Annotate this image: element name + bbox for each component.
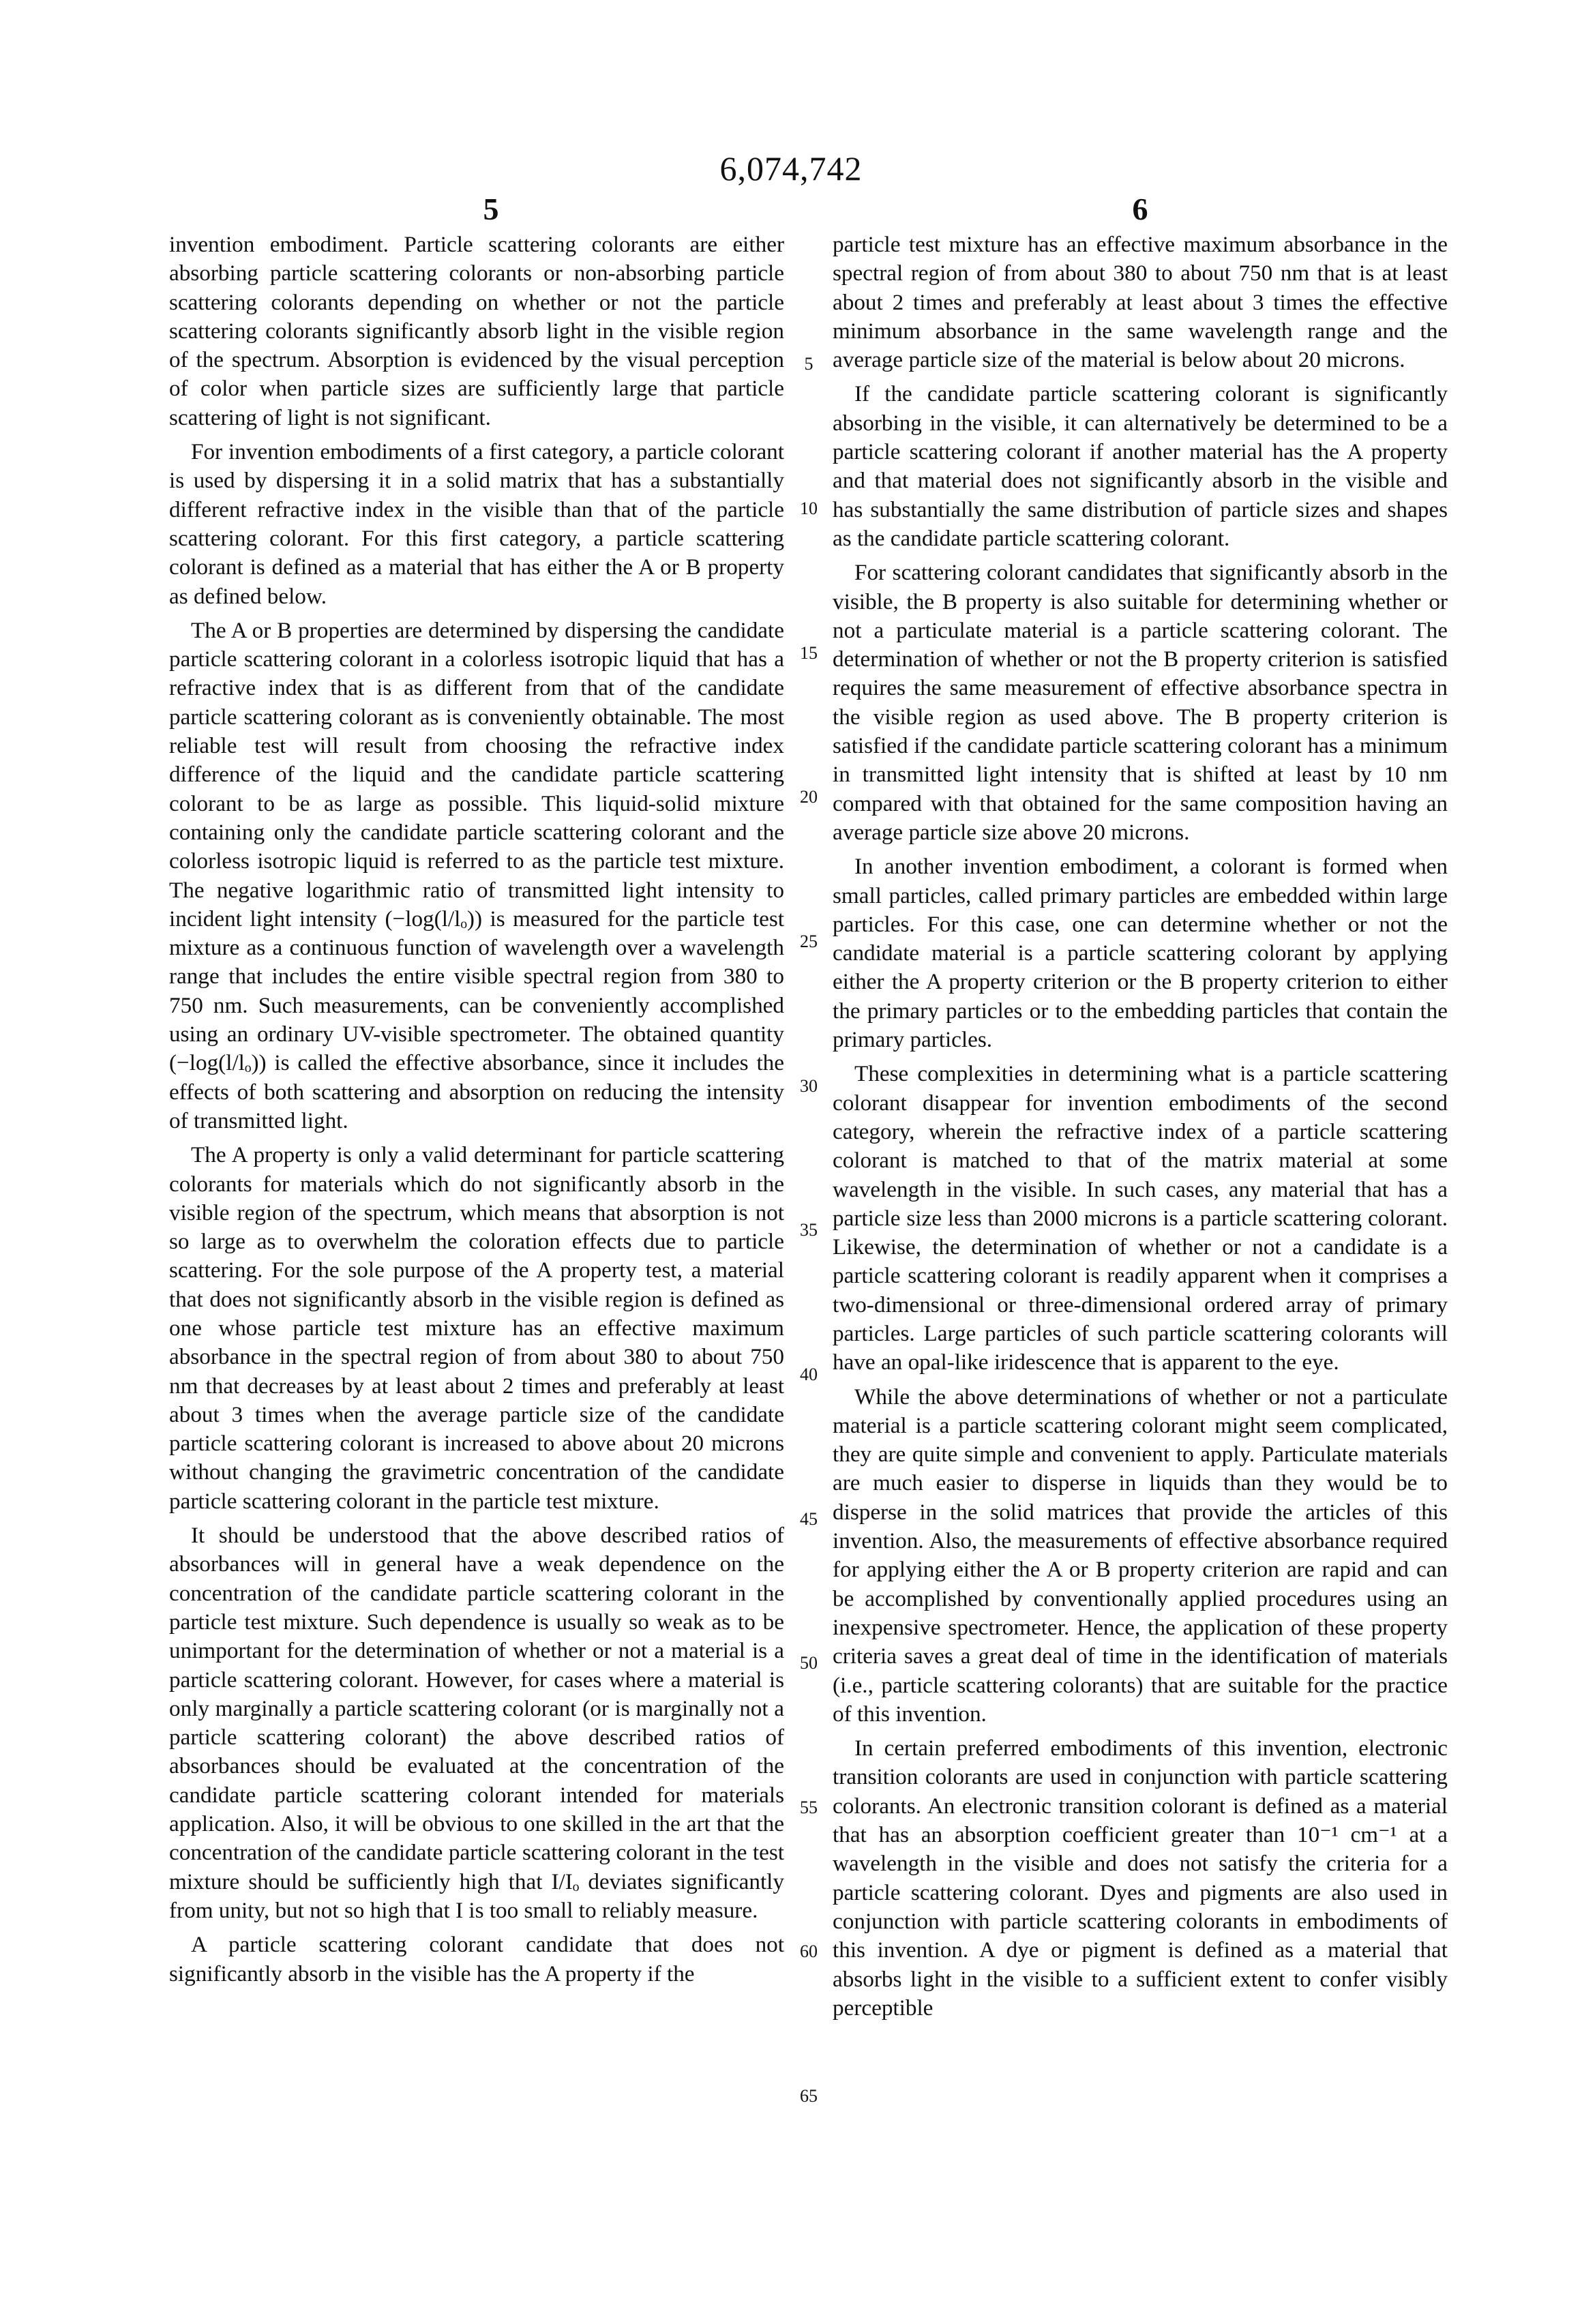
line-number: 60 [788, 1941, 829, 1962]
paragraph: A particle scattering colorant candidate… [169, 1931, 784, 1988]
line-number: 40 [788, 1365, 829, 1385]
line-number: 5 [788, 354, 829, 374]
left-column-number: 5 [457, 191, 525, 227]
paragraph: It should be understood that the above d… [169, 1521, 784, 1925]
line-number: 35 [788, 1220, 829, 1240]
paragraph: For invention embodiments of a first cat… [169, 438, 784, 611]
line-number: 10 [788, 498, 829, 519]
line-number: 15 [788, 643, 829, 664]
paragraph: These complexities in determining what i… [833, 1060, 1448, 1377]
line-number: 45 [788, 1509, 829, 1530]
paragraph: The A or B properties are determined by … [169, 616, 784, 1135]
paragraph: In certain preferred embodiments of this… [833, 1734, 1448, 2023]
line-number: 65 [788, 2086, 829, 2106]
line-number: 25 [788, 932, 829, 952]
patent-number: 6,074,742 [0, 149, 1582, 188]
paragraph: If the candidate particle scattering col… [833, 380, 1448, 553]
paragraph: invention embodiment. Particle scatterin… [169, 230, 784, 432]
line-number: 30 [788, 1076, 829, 1097]
paragraph: In another invention embodiment, a color… [833, 852, 1448, 1054]
paragraph: For scattering colorant candidates that … [833, 558, 1448, 847]
right-column: particle test mixture has an effective m… [833, 230, 1448, 2028]
line-number: 55 [788, 1798, 829, 1818]
left-column: invention embodiment. Particle scatterin… [169, 230, 784, 1994]
paragraph: particle test mixture has an effective m… [833, 230, 1448, 374]
paragraph: The A property is only a valid determina… [169, 1141, 784, 1516]
line-number: 20 [788, 787, 829, 807]
line-number: 50 [788, 1653, 829, 1673]
right-column-number: 6 [1106, 191, 1174, 227]
paragraph: While the above determinations of whethe… [833, 1383, 1448, 1729]
